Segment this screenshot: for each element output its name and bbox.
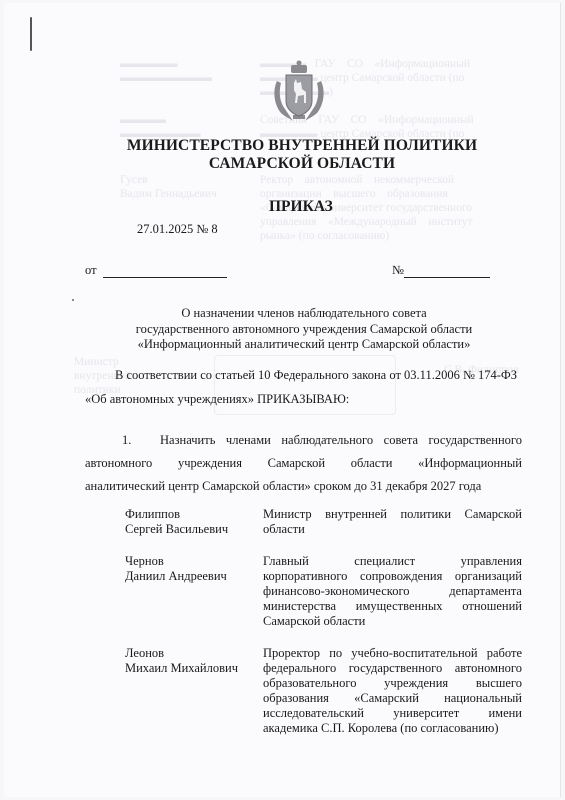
- member-surname: Чернов: [125, 554, 263, 569]
- order-clause-1: 1.Назначить членами наблюдательного сове…: [85, 429, 522, 498]
- clause-number: 1.: [122, 429, 160, 452]
- members-list: Филиппов Сергей Васильевич Министр внутр…: [125, 507, 522, 753]
- clause-line-1: Назначить членами наблюдательного совета…: [160, 433, 522, 447]
- preamble-line-2: «Об автономных учреждениях» ПРИКАЗЫВАЮ:: [85, 392, 349, 406]
- ministry-name-line2: САМАРСКОЙ ОБЛАСТИ: [4, 155, 565, 173]
- member-given-names: Михаил Михайлович: [125, 661, 263, 676]
- from-label: от: [85, 263, 97, 278]
- subject-line-3: «Информационный аналитический центр Сама…: [64, 337, 544, 353]
- scanned-page: ▬▬▬▬▬▬▬▬▬ ГАУ СО «Информационный ▬▬▬▬▬▬▬…: [4, 3, 561, 797]
- ministry-name-line1: МИНИСТЕРСТВО ВНУТРЕННЕЙ ПОЛИТИКИ: [4, 137, 565, 155]
- member-row: Леонов Михаил Михайлович Проректор по уч…: [125, 646, 522, 736]
- number-field: №: [392, 263, 490, 278]
- subject-line-2: государственного автономного учреждения …: [64, 322, 544, 338]
- member-surname: Филиппов: [125, 507, 263, 522]
- member-given-names: Сергей Васильевич: [125, 522, 263, 537]
- scan-marker-line: [30, 17, 32, 51]
- subject-line-1: О назначении членов наблюдательного сове…: [64, 306, 544, 322]
- order-date-number: 27.01.2025 № 8: [137, 222, 218, 237]
- number-blank: [404, 265, 490, 278]
- from-date-field: от: [85, 263, 227, 278]
- member-row: Филиппов Сергей Васильевич Министр внутр…: [125, 507, 522, 537]
- from-date-blank: [103, 265, 227, 278]
- member-role: Министр внутренней политики Самарской об…: [263, 507, 522, 537]
- member-row: Чернов Даниил Андреевич Главный специали…: [125, 554, 522, 629]
- clause-line-2: автономного учреждения Самарской области…: [85, 452, 522, 475]
- member-name: Филиппов Сергей Васильевич: [125, 507, 263, 537]
- clause-line-3: аналитический центр Самарской области» с…: [85, 479, 481, 493]
- number-label: №: [392, 263, 404, 278]
- member-surname: Леонов: [125, 646, 263, 661]
- member-role: Главный специалист управления корпоратив…: [263, 554, 522, 629]
- order-preamble: В соответствии со статьей 10 Федеральног…: [85, 363, 525, 411]
- samara-coat-of-arms-icon: [271, 59, 327, 125]
- order-subject: О назначении членов наблюдательного сове…: [64, 306, 544, 353]
- ministry-name: МИНИСТЕРСТВО ВНУТРЕННЕЙ ПОЛИТИКИ САМАРСК…: [4, 137, 565, 173]
- preamble-line-1: В соответствии со статьей 10 Федеральног…: [85, 363, 525, 387]
- order-title: ПРИКАЗ: [269, 198, 333, 216]
- member-role: Проректор по учебно-воспитательной работ…: [263, 646, 522, 736]
- scan-speck: [72, 299, 74, 301]
- member-given-names: Даниил Андреевич: [125, 569, 263, 584]
- member-name: Леонов Михаил Михайлович: [125, 646, 263, 736]
- member-name: Чернов Даниил Андреевич: [125, 554, 263, 629]
